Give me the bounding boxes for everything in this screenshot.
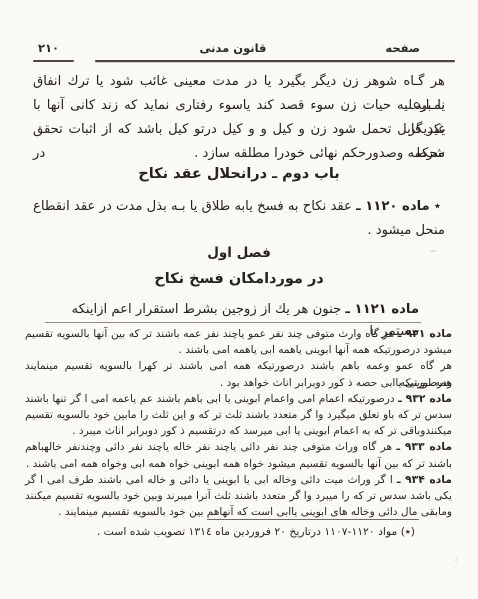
footnote-text: همه ابوینی یاابی حصه ذ کور دوبرابر اناث … bbox=[220, 377, 452, 389]
footnote-line: میکنندوباقی تر که به اعمام ابوینی یا ابی… bbox=[25, 423, 452, 439]
footnote-text: هر گاه وراث متوفی چند نفر دائی یاچند نفر… bbox=[25, 441, 392, 453]
footnote-article-number: ماده ۹۳۲ ـ bbox=[398, 392, 452, 405]
footnote-text: هر گاه وارث متوفی چند نفر عمو یاچند نفر … bbox=[25, 328, 394, 340]
footnote-text: یکی باشد سدس تر که را میبرد وا گر متعدد … bbox=[25, 490, 452, 502]
header-rule-main bbox=[95, 60, 455, 62]
footnote-article-number: ماده ۹۳۱ ـ bbox=[398, 327, 452, 340]
asterisk-icon: ٭ bbox=[434, 199, 441, 214]
footnote-line: ماده ۹۳۱ ـ هر گاه وارث متوفی چند نفر عمو… bbox=[25, 326, 452, 342]
intro-line: هر گـاه شوهر زن دیگر بگیرد یا در مدت معی… bbox=[33, 70, 445, 94]
footnote-divider-rule bbox=[45, 322, 421, 323]
section-heading: باب دوم ـ درانحلال عقد نکاح bbox=[33, 166, 445, 182]
footnote-line: باشند تر که بین آنها بالسویه تقسیم میشود… bbox=[25, 456, 452, 472]
chapter-subheading: در موردامکان فسخ نکاح bbox=[33, 271, 445, 287]
header-page-number: ۲۱۰ bbox=[38, 41, 59, 55]
footnote-line: هر گاه عمو وعمه باهم باشند درصورتیکه همه… bbox=[25, 358, 452, 374]
footnote-line: یکی باشد سدس تر که را میبرد وا گر متعدد … bbox=[25, 488, 452, 504]
article-1120-line1: ٭ ماده ۱۱۲۰ ـ عقد نکاح به فسخ یابه طلاق … bbox=[33, 196, 445, 218]
scan-artifact bbox=[430, 250, 436, 252]
footnote-line: سدس تر که باو تعلق میگیرد وا گر متعدد با… bbox=[25, 407, 452, 423]
footnote-text: باشند تر که بین آنها بالسویه تقسیم میشود… bbox=[26, 458, 452, 470]
footnote-block: ماده ۹۳۱ ـ هر گاه وارث متوفی چند نفر عمو… bbox=[25, 326, 452, 520]
footnote-text: سدس تر که باو تعلق میگیرد وا گر متعدد با… bbox=[25, 409, 452, 421]
footnote-text: ومابقی مال دائی وخاله های ابوینی یاابی ا… bbox=[58, 506, 452, 518]
article-text: عقد نکاح به فسخ یابه طلاق یا بـه بذل مدت… bbox=[33, 199, 352, 214]
footnote-article-number: ماده ۹۳۳ ـ bbox=[396, 440, 452, 453]
footnote-text: میکنندوباقی تر که به اعمام ابوینی یا ابی… bbox=[72, 425, 452, 437]
footnote-line: ماده ۹۳۳ ـ هر گاه وراث متوفی چند نفر دائ… bbox=[25, 439, 452, 455]
chapter-heading: فصل اول bbox=[33, 245, 445, 261]
ratification-note: (٭) مواد ۱۱۲۰-۱۱۰۷ درتاریخ ۲۰ فروردین ما… bbox=[66, 524, 415, 540]
article-number: ماده ۱۱۲۰ ـ bbox=[356, 199, 430, 214]
intro-line: یا برعلیه حیات زن سوء قصد کند یاسوء رفتا… bbox=[33, 94, 445, 118]
footnote-line: میشود درصورتیکه همه آنها ابوینی یاهمه اب… bbox=[25, 342, 452, 358]
scanned-page: صفحه قانون مدنی ۲۱۰ هر گـاه شوهر زن دیگر… bbox=[0, 0, 478, 599]
intro-line: غیر قابل تحمل شود زن و کیل و و کیل درتو … bbox=[33, 118, 445, 142]
footnote-line: ماده ۹۳۴ ـ ا گر وراث میت دائی وخاله ابی … bbox=[25, 472, 452, 488]
footnote-text: درصورتیکه اعمام امی واعمام ابوینی یا ابی… bbox=[25, 393, 395, 405]
footnote-article-number: ماده ۹۳۴ ـ bbox=[397, 473, 452, 486]
footnote-text: ا گر وراث میت دائی وخاله ابی یا ابوینی ی… bbox=[25, 474, 393, 486]
header-rule-left bbox=[33, 60, 74, 62]
header-page-word: صفحه bbox=[385, 41, 420, 55]
note-separator-rule bbox=[207, 519, 419, 520]
footnote-line: ماده ۹۳۲ ـ درصورتیکه اعمام امی واعمام اب… bbox=[25, 391, 452, 407]
article-number: ماده ۱۱۲۱ ـ bbox=[345, 302, 419, 317]
article-1120-line2: منحل میشود . bbox=[33, 220, 445, 242]
header-book-title: قانون مدنی bbox=[200, 41, 267, 55]
intro-paragraph: هر گـاه شوهر زن دیگر بگیرد یا در مدت معی… bbox=[33, 70, 445, 166]
footnote-text: میشود درصورتیکه همه آنها ابوینی یاهمه اب… bbox=[179, 344, 453, 356]
scan-artifact: ؛٠ bbox=[452, 556, 458, 572]
footnote-line: ومابقی مال دائی وخاله های ابوینی یاابی ا… bbox=[25, 504, 452, 520]
footnote-line: همه ابوینی یاابی حصه ذ کور دوبرابر اناث … bbox=[25, 375, 452, 391]
